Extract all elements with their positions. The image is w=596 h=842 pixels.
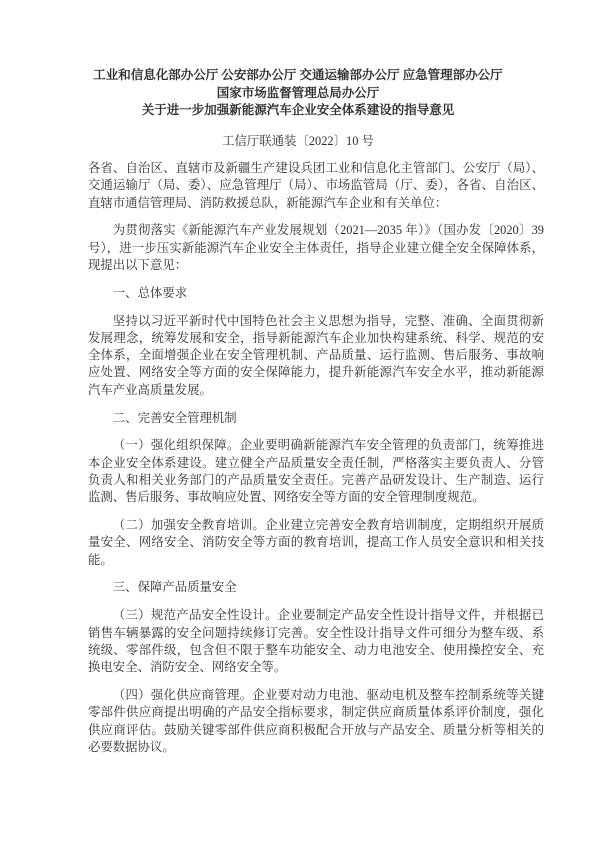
- preamble-paragraph: 为贯彻落实《新能源汽车产业发展规划（2021—2035 年）》（国办发〔2020…: [88, 222, 544, 274]
- item-1-paragraph: （一）强化组织保障。企业要明确新能源汽车安全管理的负责部门，统筹推进本企业安全体…: [88, 437, 544, 506]
- item-3-paragraph: （三）规范产品安全性设计。企业要制定产品安全性设计指导文件，并根据已销售车辆暴露…: [88, 607, 544, 676]
- section-heading-3: 三、保障产品质量安全: [88, 579, 544, 596]
- item-2-paragraph: （二）加强安全教育培训。企业建立完善安全教育培训制度，定期组织开展质量安全、网络…: [88, 517, 544, 569]
- issuing-agencies-line-1: 工业和信息化部办公厅 公安部办公厅 交通运输部办公厅 应急管理部办公厅: [0, 67, 596, 85]
- document-body: 各省、自治区、直辖市及新疆生产建设兵团工业和信息化主管部门、公安厅（局）、交通运…: [0, 160, 596, 756]
- item-4-paragraph: （四）强化供应商管理。企业要对动力电池、驱动电机及整车控制系统等关键零部件供应商…: [88, 687, 544, 756]
- document-header: 工业和信息化部办公厅 公安部办公厅 交通运输部办公厅 应急管理部办公厅 国家市场…: [0, 67, 596, 120]
- document-number: 工信厅联通装〔2022〕10 号: [0, 133, 596, 151]
- addressees-paragraph: 各省、自治区、直辖市及新疆生产建设兵团工业和信息化主管部门、公安厅（局）、交通运…: [88, 160, 544, 212]
- document-page: 工业和信息化部办公厅 公安部办公厅 交通运输部办公厅 应急管理部办公厅 国家市场…: [0, 0, 596, 842]
- issuing-agencies-line-2: 国家市场监督管理总局办公厅: [0, 85, 596, 103]
- document-title: 关于进一步加强新能源汽车企业安全体系建设的指导意见: [0, 102, 596, 120]
- section-heading-1: 一、总体要求: [88, 285, 544, 302]
- section-heading-2: 二、完善安全管理机制: [88, 410, 544, 427]
- section-1-body-paragraph: 坚持以习近平新时代中国特色社会主义思想为指导，完整、准确、全面贯彻新发展理念，统…: [88, 313, 544, 399]
